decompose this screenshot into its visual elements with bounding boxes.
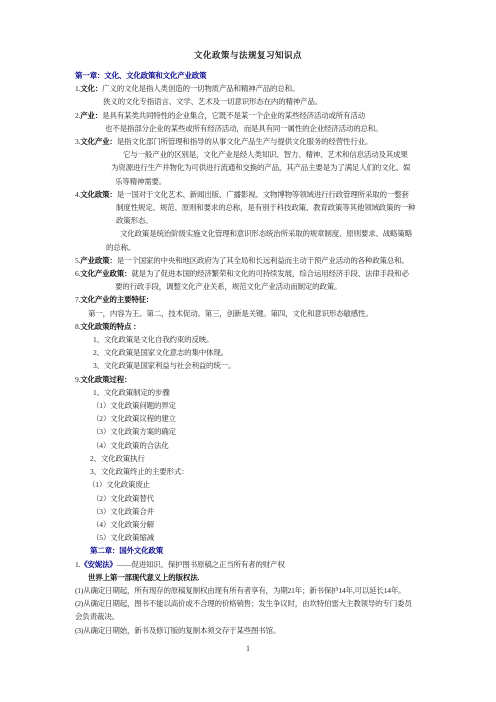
document-line: 6.文化产业政策：就是为了促进本国的经济繁荣和文化的可持续发展，综合运用经济手段… [75,267,421,280]
text-segment: (3)从确定日期始，新书及修订版的复制本须交存于某些图书馆。 [75,626,280,635]
document-line: 制度性规定、规范、原则和要求的总称，是有别于科技政策、教育政策等其他领域政策的一… [75,201,421,214]
text-segment: （4）文化政策的合法化 [92,441,169,450]
document-line: 1.文化：广义的文化是指人类创造的一切物质产品和精神产品的总和。 [75,82,421,95]
law-term-text: 《安妮法》 [80,560,117,569]
text-segment: （3）文化政策方案的确定 [92,427,176,436]
text-segment: 是一个国家的中央和地区政府为了其全局和长远利益而主动干预产业活动的各种政策总和。 [117,256,409,265]
chapter-2-heading: 第二章：国外文化政策 [75,544,421,557]
text-segment: 广义的文化是指人类创造的一切物质产品和精神产品的总和。 [102,84,299,93]
document-line: 5.产业政策：是一个国家的中央和地区政府为了其全局和长远利益而主动干预产业活动的… [75,254,421,267]
text-segment: 1、文化政策是文化自我约束的反映。 [93,335,213,344]
text-segment: 也不是指部分企业的某些或所有经济活动，而是具有同一属性的企业经济活动的总和。 [105,124,382,133]
text-segment: 狭义的文化专指语言、文学、艺术及一切意识形态在内的精神产品。 [103,97,322,106]
key-term-text: 文化产业的主要特征： [80,295,153,304]
document-line: 2、文化政策是国家文化意志的集中体现。 [75,346,421,359]
text-segment: 要的行政手段，调整文化产业关系，规范文化产业活动而制定的政策。 [115,282,341,291]
document-line: （3）文化政策合并 [75,505,421,518]
document-line: （2）文化政策替代 [75,492,421,505]
document-line: 3、文化政策是国家利益与社会利益的统一。 [75,359,421,372]
document-line: 乐等精神需要。 [75,175,421,188]
key-term-text: 文化产业： [80,137,117,146]
text-segment: 文化政策是统治阶级实施文化管理和意识形态统治所采取的规章制度、原则要求、战略策略 [120,229,412,238]
text-segment: 3、文化政策是国家利益与社会利益的统一。 [93,361,235,370]
text-segment: ——促进知识、保护图书原稿之正当所有者的财产权 [117,560,285,569]
key-term-text: 产业： [80,111,102,120]
document-line: 3、文化政策终止的主要形式： [75,465,421,478]
text-segment: （1）文化政策废止 [88,480,150,489]
text-segment: (1)从确定日期起，所有现存的原稿复制权由现有所有者享有，为期21年；新书保护1… [75,586,405,595]
document-line: 会负责裁决。 [75,610,421,623]
key-term-text: 文化政策过程： [80,375,131,384]
document-line: 要的行政手段，调整文化产业关系，规范文化产业活动而制定的政策。 [75,280,421,293]
document-line: 政策形态。 [75,214,421,227]
document-line: (2)从确定日期起，图书不能以高价或不合理的价格销售；发生争议时，由坎特伯雷大主… [75,597,421,610]
key-term-text: 文化政策： [80,190,117,199]
text-segment: （4）文化政策分解 [92,520,154,529]
chapter-heading-text: 第一章：文化、文化政策和文化产业政策 [75,71,206,80]
key-term-text: 产业政策： [80,256,117,265]
text-segment: 的总称。 [106,243,135,252]
text-segment: （1）文化政策问题的界定 [92,401,176,410]
document-line: 8.文化政策的特点 ： [75,320,421,333]
text-segment: （3）文化政策合并 [92,507,154,516]
text-segment: 2、文化政策是国家文化意志的集中体现。 [93,348,228,357]
text-segment: 1、文化政策制定的步骤 [93,388,170,397]
text-segment: 是具有某类共同特性的企业集合，它既不是某一个企业的某些经济活动或所有活动 [102,111,365,120]
document-line: （5）文化政策缩减 [75,531,421,544]
document-line: 为资源进行生产并物化为可供进行流通和交换的产品，其产品主要是为了满足人们的文化、… [75,161,421,174]
text-segment: （2）文化政策替代 [92,494,154,503]
document-line: 的总称。 [75,241,421,254]
document-line: 世界上第一部现代意义上的版权法. [75,571,421,584]
document-line: （1）文化政策废止 [75,478,421,491]
key-term-text: 世界上第一部现代意义上的版权法. [88,573,199,582]
text-segment: 3、文化政策终止的主要形式： [90,467,188,476]
document-line: 7.文化产业的主要特征： [75,293,421,306]
document-title: 文化政策与法规复习知识点 [0,0,496,61]
document-line: 9.文化政策过程： [75,373,421,386]
document-line: （2）文化政策议程的建立 [75,412,421,425]
text-segment: （5）文化政策缩减 [92,533,154,542]
page-number: 1 [0,644,496,653]
text-segment: 第一，内容为王。第二，技术促动。第三，创新是关键。第四，文化和意识形态敏感性。 [88,309,373,318]
text-segment: 是指文化部门所管理和指导的从事文化产品生产与提供文化服务的经营性行业。 [117,137,373,146]
document-line: 文化政策是统治阶级实施文化管理和意识形态统治所采取的规章制度、原则要求、战略策略 [75,227,421,240]
document-line: 第一，内容为王。第二，技术促动。第三，创新是关键。第四，文化和意识形态敏感性。 [75,307,421,320]
key-term-text: 文化产业政策： [80,269,131,278]
document-line: 它与一般产业的区别是，文化产业是经人类知识、智力、精神、艺术和信息活动及其成果 [75,148,421,161]
document-line: 3.文化产业：是指文化部门所管理和指导的从事文化产品生产与提供文化服务的经营性行… [75,135,421,148]
document-line: （1）文化政策问题的界定 [75,399,421,412]
document-line: 也不是指部分企业的某些或所有经济活动，而是具有同一属性的企业经济活动的总和。 [75,122,421,135]
text-segment: 制度性规定、规范、原则和要求的总称，是有别于科技政策、教育政策等其他领域政策的一… [116,203,415,212]
document-line: (3)从确定日期始，新书及修订版的复制本须交存于某些图书馆。 [75,624,421,637]
document-line: （3）文化政策方案的确定 [75,425,421,438]
document-line: 2.产业：是具有某类共同特性的企业集合，它既不是某一个企业的某些经济活动或所有活… [75,109,421,122]
text-segment: 乐等精神需要。 [115,177,166,186]
document-line: 1.《安妮法》——促进知识、保护图书原稿之正当所有者的财产权 [75,558,421,571]
document-line: 2、文化政策执行 [75,452,421,465]
chapter-heading-text: 第二章：国外文化政策 [90,546,163,555]
document-line: 1、文化政策是文化自我约束的反映。 [75,333,421,346]
text-segment: 它与一般产业的区别是，文化产业是经人类知识、智力、精神、艺术和信息活动及其成果 [123,150,408,159]
document-line: 4.文化政策：是一国对于文化艺术、新闻出版、广播影视、文物博物等领域进行行政管理… [75,188,421,201]
text-segment: 2、文化政策执行 [90,454,145,463]
document-line: 狭义的文化专指语言、文学、艺术及一切意识形态在内的精神产品。 [75,95,421,108]
document-body: 第一章：文化、文化政策和文化产业政策1.文化：广义的文化是指人类创造的一切物质产… [75,69,421,637]
document-line: 1、文化政策制定的步骤 [75,386,421,399]
text-segment: 会负责裁决。 [75,612,119,621]
text-segment: 政策形态。 [116,216,153,225]
text-segment: 是一国对于文化艺术、新闻出版、广播影视、文物博物等领域进行行政管理所采取的一整套 [117,190,409,199]
document-page: 文化政策与法规复习知识点 第一章：文化、文化政策和文化产业政策1.文化：广义的文… [0,0,496,702]
text-segment: （2）文化政策议程的建立 [92,414,176,423]
text-segment: 为资源进行生产并物化为可供进行流通和交换的产品，其产品主要是为了满足人们的文化、… [111,163,410,172]
document-line: （4）文化政策的合法化 [75,439,421,452]
text-segment: (2)从确定日期起，图书不能以高价或不合理的价格销售；发生争议时，由坎特伯雷大主… [75,599,412,608]
text-segment: 就是为了促进本国的经济繁荣和文化的可持续发展，综合运用经济手段、法律手段和必 [131,269,408,278]
key-term-text: 文化政策的特点 ： [80,322,140,331]
document-line: (1)从确定日期起，所有现存的原稿复制权由现有所有者享有，为期21年；新书保护1… [75,584,421,597]
chapter-1-heading: 第一章：文化、文化政策和文化产业政策 [75,69,421,82]
document-line: （4）文化政策分解 [75,518,421,531]
key-term-text: 文化： [80,84,102,93]
